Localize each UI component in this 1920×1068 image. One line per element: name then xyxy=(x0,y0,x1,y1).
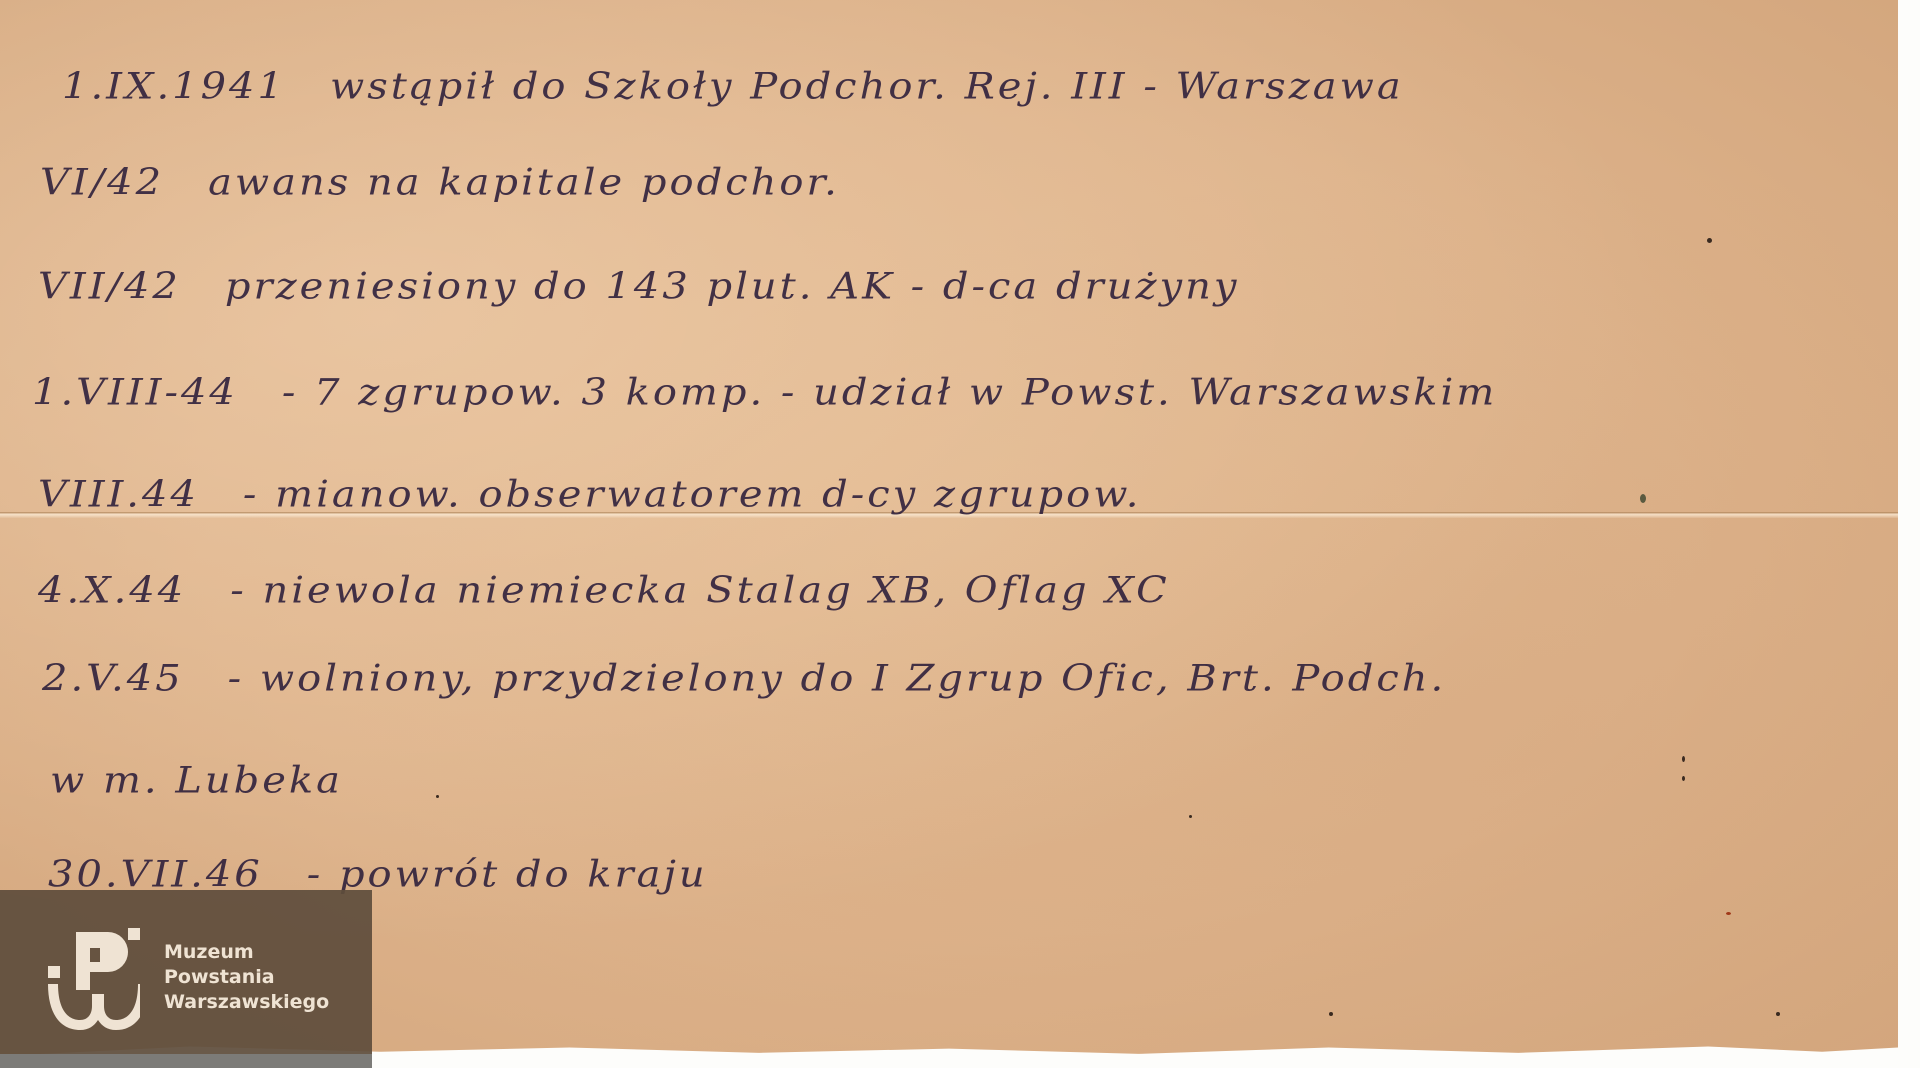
entry-date: 2.V.45 xyxy=(42,658,184,699)
watermark-bottom-strip xyxy=(0,1054,372,1068)
entry-text: przeniesiony do 143 plut. AK - d-ca druż… xyxy=(225,266,1240,307)
museum-watermark: Muzeum Powstania Warszawskiego xyxy=(0,890,372,1068)
entry-text: - wolniony, przydzielony do I Zgrup Ofic… xyxy=(228,658,1447,699)
museum-name-line2: Powstania xyxy=(164,965,329,990)
entry-date: VII/42 xyxy=(38,266,181,307)
entry-line: w m. Lubeka xyxy=(50,760,343,801)
entry-text: awans na kapitale podchor. xyxy=(208,162,840,203)
museum-name-line1: Muzeum xyxy=(164,940,329,965)
entry-text: - niewola niemiecka Stalag XB, Oflag XC xyxy=(230,570,1169,611)
museum-name: Muzeum Powstania Warszawskiego xyxy=(164,940,329,1015)
entry-line: VI/42awans na kapitale podchor. xyxy=(40,162,840,203)
document-scan: 1.IX.1941wstąpił do Szkoły Podchor. Rej.… xyxy=(0,0,1920,1068)
kotwica-anchor-logo-icon xyxy=(48,926,140,1030)
entry-text: w m. Lubeka xyxy=(50,760,343,801)
entry-text: wstąpił do Szkoły Podchor. Rej. III - Wa… xyxy=(330,66,1404,107)
entry-line: VII/42przeniesiony do 143 plut. AK - d-c… xyxy=(38,266,1240,307)
entry-date: 1.VIII-44 xyxy=(32,372,238,413)
entry-line: 1.IX.1941wstąpił do Szkoły Podchor. Rej.… xyxy=(62,66,1404,107)
entry-text: - 7 zgrupow. 3 komp. - udział w Powst. W… xyxy=(282,372,1497,413)
entry-line: 2.V.45- wolniony, przydzielony do I Zgru… xyxy=(42,658,1446,699)
museum-name-line3: Warszawskiego xyxy=(164,990,329,1015)
entry-line: 4.X.44- niewola niemiecka Stalag XB, Ofl… xyxy=(38,570,1170,611)
entry-date: 1.IX.1941 xyxy=(62,66,286,107)
entry-date: VI/42 xyxy=(40,162,164,203)
entry-line: VIII.44- mianow. obserwatorem d-cy zgrup… xyxy=(38,474,1141,515)
entry-date: 4.X.44 xyxy=(38,570,186,611)
entry-line: 1.VIII-44- 7 zgrupow. 3 komp. - udział w… xyxy=(32,372,1497,413)
entry-date: VIII.44 xyxy=(38,474,199,515)
entry-text: - mianow. obserwatorem d-cy zgrupow. xyxy=(243,474,1142,515)
